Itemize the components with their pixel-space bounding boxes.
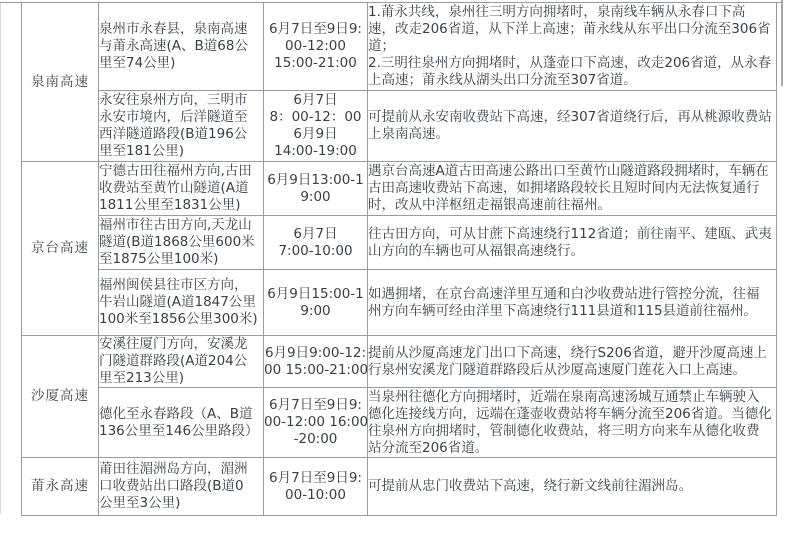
table-row: 福州市往古田方向,天龙山 隧道(B道1868公里600米 至1875公里100米… [22,216,777,270]
detour-advice-cell: 提前从沙厦高速龙门出口下高速，绕行S206省道，避开沙厦高速上 行泉州安溪龙门隧… [368,336,777,388]
traffic-advisory-table: 泉南高速 泉州市永春县，泉南高速 与莆永高速(A、B道68公 里至74公里) 6… [21,2,777,516]
table-row: 京台高速 宁德古田往福州方向,古田 收费站至黄竹山隧道(A道 1811公里至18… [22,162,777,216]
time-period-cell: 6月7日至9日9: 00-10:00 [264,458,368,516]
road-section-cell: 永安往泉州方向，三明市 永安市境内，后洋隧道至 西洋隧道路段(B道196公 里至… [99,91,264,162]
table-row: 福州闽侯县往市区方向， 牛岩山隧道(A道1847公里 100米至1856公里30… [22,270,777,336]
detour-advice-cell: 如遇拥堵，在京台高速洋里互通和白沙收费站进行管控分流，往福 州方向车辆可经由洋里… [368,270,777,336]
time-period-cell: 6月7日 7:00-10:00 [264,216,368,270]
detour-advice-cell: 可提前从忠门收费站下高速，绕行新文线前往湄洲岛。 [368,458,777,516]
road-section-cell: 宁德古田往福州方向,古田 收费站至黄竹山隧道(A道 1811公里至1831公里) [99,162,264,216]
traffic-advisory-page: 泉南高速 泉州市永春县，泉南高速 与莆永高速(A、B道68公 里至74公里) 6… [0,0,800,534]
table-row: 沙厦高速 安溪往厦门方向，安溪龙 门隧道群路段(A道204公 里至213公里) … [22,336,777,388]
road-section-cell: 福州闽侯县往市区方向， 牛岩山隧道(A道1847公里 100米至1856公里30… [99,270,264,336]
detour-advice-cell: 1.莆永共线，泉州往三明方向拥堵时，泉南线车辆从永春口下高 速，改走206省道，… [368,3,777,91]
time-period-cell: 6月9日15:00-1 9:00 [264,270,368,336]
table-row: 莆永高速 莆田往湄洲岛方向，湄洲 口收费站出口路段(B道0 公里至3公里) 6月… [22,458,777,516]
time-period-cell: 6月9日9:00-12: 00 15:00-21:00 [264,336,368,388]
detour-advice-cell: 往古田方向，可从甘蔗下高速绕行112省道；前往南平、建瓯、武夷 山方向的车辆也可… [368,216,777,270]
highway-name-cell: 莆永高速 [22,458,99,516]
highway-name-cell: 沙厦高速 [22,336,99,458]
table-top-border-stub-left [0,2,22,3]
cut-left-column-border [0,2,1,514]
table-row: 泉南高速 泉州市永春县，泉南高速 与莆永高速(A、B道68公 里至74公里) 6… [22,3,777,91]
time-period-cell: 6月9日13:00-1 9:00 [264,162,368,216]
detour-advice-cell: 当泉州往德化方向拥堵时，近端在泉南高速汤城互通禁止车辆驶入 德化连接线方向，远端… [368,388,777,458]
highway-name-cell: 泉南高速 [22,3,99,162]
road-section-cell: 泉州市永春县，泉南高速 与莆永高速(A、B道68公 里至74公里) [99,3,264,91]
road-section-cell: 莆田往湄洲岛方向，湄洲 口收费站出口路段(B道0 公里至3公里) [99,458,264,516]
detour-advice-cell: 可提前从永安南收费站下高速，经307省道绕行后，再从桃源收费站 上泉南高速。 [368,91,777,162]
time-period-cell: 6月7日 8：00-12：00 6月9日 14:00-19:00 [264,91,368,162]
detour-advice-cell: 遇京台高速A道古田高速公路出口至黄竹山隧道路段拥堵时，车辆在 古田高速收费站下高… [368,162,777,216]
scrollbar-thumb[interactable] [781,0,783,86]
time-period-cell: 6月7日至9日9: 00-12:00 16:00 -20:00 [264,388,368,458]
road-section-cell: 安溪往厦门方向，安溪龙 门隧道群路段(A道204公 里至213公里) [99,336,264,388]
table-row: 永安往泉州方向，三明市 永安市境内，后洋隧道至 西洋隧道路段(B道196公 里至… [22,91,777,162]
road-section-cell: 福州市往古田方向,天龙山 隧道(B道1868公里600米 至1875公里100米… [99,216,264,270]
time-period-cell: 6月7日至9日9: 00-12:00 15:00-21:00 [264,3,368,91]
highway-name-cell: 京台高速 [22,162,99,336]
road-section-cell: 德化至永春路段（A、B道 136公里至146公里路段） [99,388,264,458]
table-row: 德化至永春路段（A、B道 136公里至146公里路段） 6月7日至9日9: 00… [22,388,777,458]
